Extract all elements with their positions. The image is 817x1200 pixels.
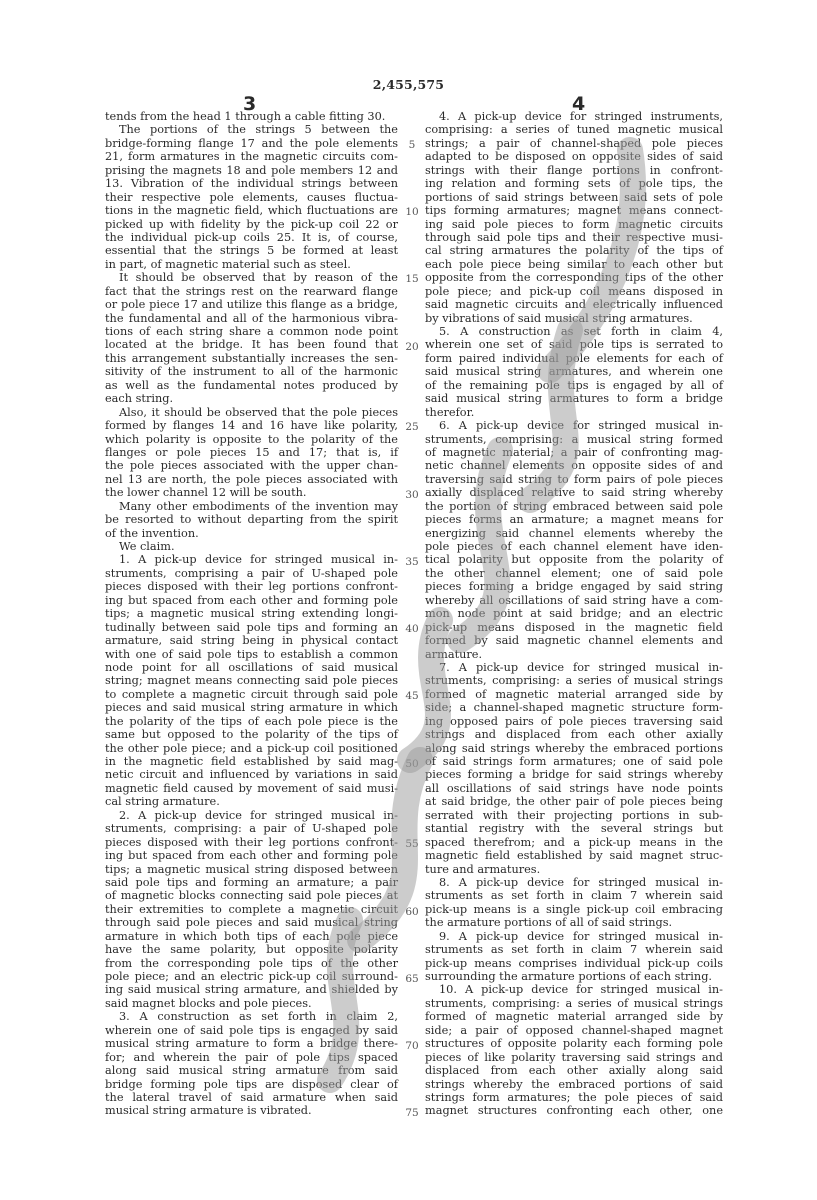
text-line: the individual pick-up coils 25. It is, … xyxy=(105,231,398,244)
text-line: have the same polarity, but opposite pol… xyxy=(105,943,398,956)
text-line: of the remaining pole tips is engaged by… xyxy=(425,379,723,392)
text-line: bridge forming pole tips are disposed cl… xyxy=(105,1078,398,1091)
text-line: their respective pole elements, causes f… xyxy=(105,191,398,204)
text-line: formed of magnetic material arranged sid… xyxy=(425,688,723,701)
text-line: at said bridge, the other pair of pole p… xyxy=(425,795,723,808)
text-line: 13. Vibration of the individual strings … xyxy=(105,177,398,190)
text-line: whereby all oscillations of said string … xyxy=(425,594,723,607)
text-line: for; and wherein the pair of pole tips s… xyxy=(105,1051,398,1064)
text-line: 8. A pick-up device for stringed musical… xyxy=(425,876,723,889)
text-line: netic channel elements on opposite sides… xyxy=(425,459,723,472)
text-line: struments, comprising: a series of music… xyxy=(425,674,723,687)
text-line: ing but spaced from each other and formi… xyxy=(105,849,398,862)
text-line: by vibrations of said musical string arm… xyxy=(425,312,723,325)
text-line: the polarity of the tips of each pole pi… xyxy=(105,715,398,728)
text-line: pieces disposed with their leg portions … xyxy=(105,836,398,849)
text-line: of the invention. xyxy=(105,527,398,540)
text-line: with one of said pole tips to establish … xyxy=(105,648,398,661)
text-line: said musical string armatures to form a … xyxy=(425,392,723,405)
text-line: armature, said string being in physical … xyxy=(105,634,398,647)
text-line: said magnetic circuits and electrically … xyxy=(425,298,723,311)
text-line: strings whereby the embraced portions of… xyxy=(425,1078,723,1091)
text-line: be resorted to without departing from th… xyxy=(105,513,398,526)
text-line: tudinally between said pole tips and for… xyxy=(105,621,398,634)
text-line: pole piece; and pick-up coil means dispo… xyxy=(425,285,723,298)
text-line: through said pole tips and their respect… xyxy=(425,231,723,244)
text-line: the armature portions of all of said str… xyxy=(425,916,723,929)
text-line: picked up with fidelity by the pick-up c… xyxy=(105,218,398,231)
text-line: netic circuit and influenced by variatio… xyxy=(105,768,398,781)
text-line: formed of magnetic material arranged sid… xyxy=(425,1010,723,1023)
line-number: 20 xyxy=(402,341,422,354)
text-line: ing said musical string armature, and sh… xyxy=(105,983,398,996)
text-line: pieces disposed with their leg portions … xyxy=(105,580,398,593)
line-number: 60 xyxy=(402,906,422,919)
text-line: through said pole pieces and said musica… xyxy=(105,916,398,929)
text-line: formed by flanges 14 and 16 have like po… xyxy=(105,419,398,432)
line-number: 30 xyxy=(402,489,422,502)
text-line: of magnetic material; a pair of confront… xyxy=(425,446,723,459)
text-line: armature. xyxy=(425,648,723,661)
text-line: same but opposed to the polarity of the … xyxy=(105,728,398,741)
text-line: their extremities to complete a magnetic… xyxy=(105,903,398,916)
text-line: the other channel element; one of said p… xyxy=(425,567,723,580)
text-line: 9. A pick-up device for stringed musical… xyxy=(425,930,723,943)
text-line: strings with their flange portions in co… xyxy=(425,164,723,177)
text-line: in the magnetic field established by sai… xyxy=(105,755,398,768)
text-line: pole piece; and an electric pick-up coil… xyxy=(105,970,398,983)
line-number: 75 xyxy=(402,1107,422,1120)
text-line: 1. A pick-up device for stringed musical… xyxy=(105,553,398,566)
text-line: pick-up means disposed in the magnetic f… xyxy=(425,621,723,634)
text-line: which polarity is opposite to the polari… xyxy=(105,433,398,446)
text-line: struments, comprising: a series of music… xyxy=(425,997,723,1010)
text-line: pole pieces of each channel element have… xyxy=(425,540,723,553)
text-line: magnetic field established by said magne… xyxy=(425,849,723,862)
line-number: 70 xyxy=(402,1040,422,1053)
text-line: the fundamental and all of the harmoniou… xyxy=(105,312,398,325)
text-line: portions of said strings between said se… xyxy=(425,191,723,204)
patent-page: 2,455,575 3 4 tends from the head 1 thro… xyxy=(0,0,817,1200)
text-line: pieces forms an armature; a magnet means… xyxy=(425,513,723,526)
line-number: 55 xyxy=(402,838,422,851)
text-line: flanges or pole pieces 15 and 17; that i… xyxy=(105,446,398,459)
line-number: 15 xyxy=(402,273,422,286)
text-line: armature in which both tips of each pole… xyxy=(105,930,398,943)
line-number: 35 xyxy=(402,556,422,569)
text-line: Also, it should be observed that the pol… xyxy=(105,406,398,419)
text-line: 6. A pick-up device for stringed musical… xyxy=(425,419,723,432)
text-line: stantial registry with the several strin… xyxy=(425,822,723,835)
text-line: ing opposed pairs of pole pieces travers… xyxy=(425,715,723,728)
text-line: strings form armatures; the pole pieces … xyxy=(425,1091,723,1104)
text-line: pieces forming a bridge for said strings… xyxy=(425,768,723,781)
text-line: nel 13 are north, the pole pieces associ… xyxy=(105,473,398,486)
text-line: pieces of like polarity traversing said … xyxy=(425,1051,723,1064)
text-line: struments, comprising: a pair of U-shape… xyxy=(105,822,398,835)
text-line: Many other embodiments of the invention … xyxy=(105,500,398,513)
text-line: node point for all oscillations of said … xyxy=(105,661,398,674)
text-line: cal string armatures the polarity of the… xyxy=(425,244,723,257)
text-line: It should be observed that by reason of … xyxy=(105,271,398,284)
text-line: prising the magnets 18 and pole members … xyxy=(105,164,398,177)
text-line: in part, of magnetic material such as st… xyxy=(105,258,398,271)
text-line: displaced from each other axially along … xyxy=(425,1064,723,1077)
text-line: or pole piece 17 and utilize this flange… xyxy=(105,298,398,311)
text-line: magnet structures confronting each other… xyxy=(425,1104,723,1117)
text-line: this arrangement substantially increases… xyxy=(105,352,398,365)
text-line: magnetic field caused by movement of sai… xyxy=(105,782,398,795)
text-line: formed by said magnetic channel elements… xyxy=(425,634,723,647)
text-line: comprising: a series of tuned magnetic m… xyxy=(425,123,723,136)
text-line: essential that the strings 5 be formed a… xyxy=(105,244,398,257)
text-line: side; a channel-shaped magnetic structur… xyxy=(425,701,723,714)
text-line: to complete a magnetic circuit through s… xyxy=(105,688,398,701)
text-line: side; a pair of opposed channel-shaped m… xyxy=(425,1024,723,1037)
text-line: structures of opposite polarity each for… xyxy=(425,1037,723,1050)
line-number: 25 xyxy=(402,421,422,434)
text-line: pick-up means comprises individual pick-… xyxy=(425,957,723,970)
text-line: struments as set forth in claim 7 wherei… xyxy=(425,943,723,956)
text-line: form paired individual pole elements for… xyxy=(425,352,723,365)
left-text-column: tends from the head 1 through a cable fi… xyxy=(105,110,398,1118)
text-line: We claim. xyxy=(105,540,398,553)
text-line: 21, form armatures in the magnetic circu… xyxy=(105,150,398,163)
text-line: the lower channel 12 will be south. xyxy=(105,486,398,499)
text-line: each string. xyxy=(105,392,398,405)
text-line: ing said pole pieces to form magnetic ci… xyxy=(425,218,723,231)
text-line: The portions of the strings 5 between th… xyxy=(105,123,398,136)
text-line: opposite from the corresponding tips of … xyxy=(425,271,723,284)
text-line: tips; a magnetic musical string disposed… xyxy=(105,863,398,876)
text-line: tips forming armatures; magnet means con… xyxy=(425,204,723,217)
patent-number: 2,455,575 xyxy=(0,77,817,92)
text-line: ing relation and forming sets of pole ti… xyxy=(425,177,723,190)
text-line: tips; a magnetic musical string extendin… xyxy=(105,607,398,620)
text-line: ing but spaced from each other and formi… xyxy=(105,594,398,607)
line-number: 10 xyxy=(402,206,422,219)
text-line: along said musical string armature from … xyxy=(105,1064,398,1077)
right-text-column: 4. A pick-up device for stringed instrum… xyxy=(425,110,723,1118)
text-line: adapted to be disposed on opposite sides… xyxy=(425,150,723,163)
text-line: said pole tips and forming an armature; … xyxy=(105,876,398,889)
text-line: fact that the strings rest on the rearwa… xyxy=(105,285,398,298)
line-number: 45 xyxy=(402,690,422,703)
text-line: struments, comprising a pair of U-shaped… xyxy=(105,567,398,580)
text-line: along said strings whereby the embraced … xyxy=(425,742,723,755)
text-line: musical string armature is vibrated. xyxy=(105,1104,398,1117)
text-line: wherein one set of said pole tips is ser… xyxy=(425,338,723,351)
text-line: serrated with their projecting portions … xyxy=(425,809,723,822)
text-line: tions in the magnetic field, which fluct… xyxy=(105,204,398,217)
text-line: string; magnet means connecting said pol… xyxy=(105,674,398,687)
text-line: strings; a pair of channel-shaped pole p… xyxy=(425,137,723,150)
line-number: 5 xyxy=(402,139,422,152)
text-line: therefor. xyxy=(425,406,723,419)
text-line: the other pole piece; and a pick-up coil… xyxy=(105,742,398,755)
text-line: traversing said string to form pairs of … xyxy=(425,473,723,486)
text-line: strings and displaced from each other ax… xyxy=(425,728,723,741)
text-line: axially displaced relative to said strin… xyxy=(425,486,723,499)
text-line: struments as set forth in claim 7 wherei… xyxy=(425,889,723,902)
text-line: pick-up means is a single pick-up coil e… xyxy=(425,903,723,916)
line-number: 65 xyxy=(402,973,422,986)
text-line: as well as the fundamental notes produce… xyxy=(105,379,398,392)
text-line: 4. A pick-up device for stringed instrum… xyxy=(425,110,723,123)
text-line: sitivity of the instrument to all of the… xyxy=(105,365,398,378)
line-number: 40 xyxy=(402,623,422,636)
text-line: 10. A pick-up device for stringed musica… xyxy=(425,983,723,996)
text-line: of magnetic blocks connecting said pole … xyxy=(105,889,398,902)
text-line: 5. A construction as set forth in claim … xyxy=(425,325,723,338)
text-line: each pole piece being similar to each ot… xyxy=(425,258,723,271)
text-line: located at the bridge. It has been found… xyxy=(105,338,398,351)
text-line: mon node point at said bridge; and an el… xyxy=(425,607,723,620)
text-line: tends from the head 1 through a cable fi… xyxy=(105,110,398,123)
text-line: pieces forming a bridge engaged by said … xyxy=(425,580,723,593)
text-line: of said strings form armatures; one of s… xyxy=(425,755,723,768)
text-line: pieces and said musical string armature … xyxy=(105,701,398,714)
text-line: from the corresponding pole tips of the … xyxy=(105,957,398,970)
text-line: wherein one of said pole tips is engaged… xyxy=(105,1024,398,1037)
text-line: 3. A construction as set forth in claim … xyxy=(105,1010,398,1023)
text-line: the lateral travel of said armature when… xyxy=(105,1091,398,1104)
text-line: spaced therefrom; and a pick-up means in… xyxy=(425,836,723,849)
text-line: musical string armature to form a bridge… xyxy=(105,1037,398,1050)
text-line: cal string armature. xyxy=(105,795,398,808)
text-line: 2. A pick-up device for stringed musical… xyxy=(105,809,398,822)
text-line: tical polarity but opposite from the pol… xyxy=(425,553,723,566)
text-line: energizing said channel elements whereby… xyxy=(425,527,723,540)
text-line: ture and armatures. xyxy=(425,863,723,876)
line-number: 50 xyxy=(402,758,422,771)
text-line: struments, comprising: a musical string … xyxy=(425,433,723,446)
text-line: bridge-forming flange 17 and the pole el… xyxy=(105,137,398,150)
text-line: tions of each string share a common node… xyxy=(105,325,398,338)
text-line: said magnet blocks and pole pieces. xyxy=(105,997,398,1010)
text-line: the pole pieces associated with the uppe… xyxy=(105,459,398,472)
text-line: said musical string armatures, and where… xyxy=(425,365,723,378)
text-line: surrounding the armature portions of eac… xyxy=(425,970,723,983)
text-line: all oscillations of said strings have no… xyxy=(425,782,723,795)
text-line: the portion of string embraced between s… xyxy=(425,500,723,513)
text-line: 7. A pick-up device for stringed musical… xyxy=(425,661,723,674)
